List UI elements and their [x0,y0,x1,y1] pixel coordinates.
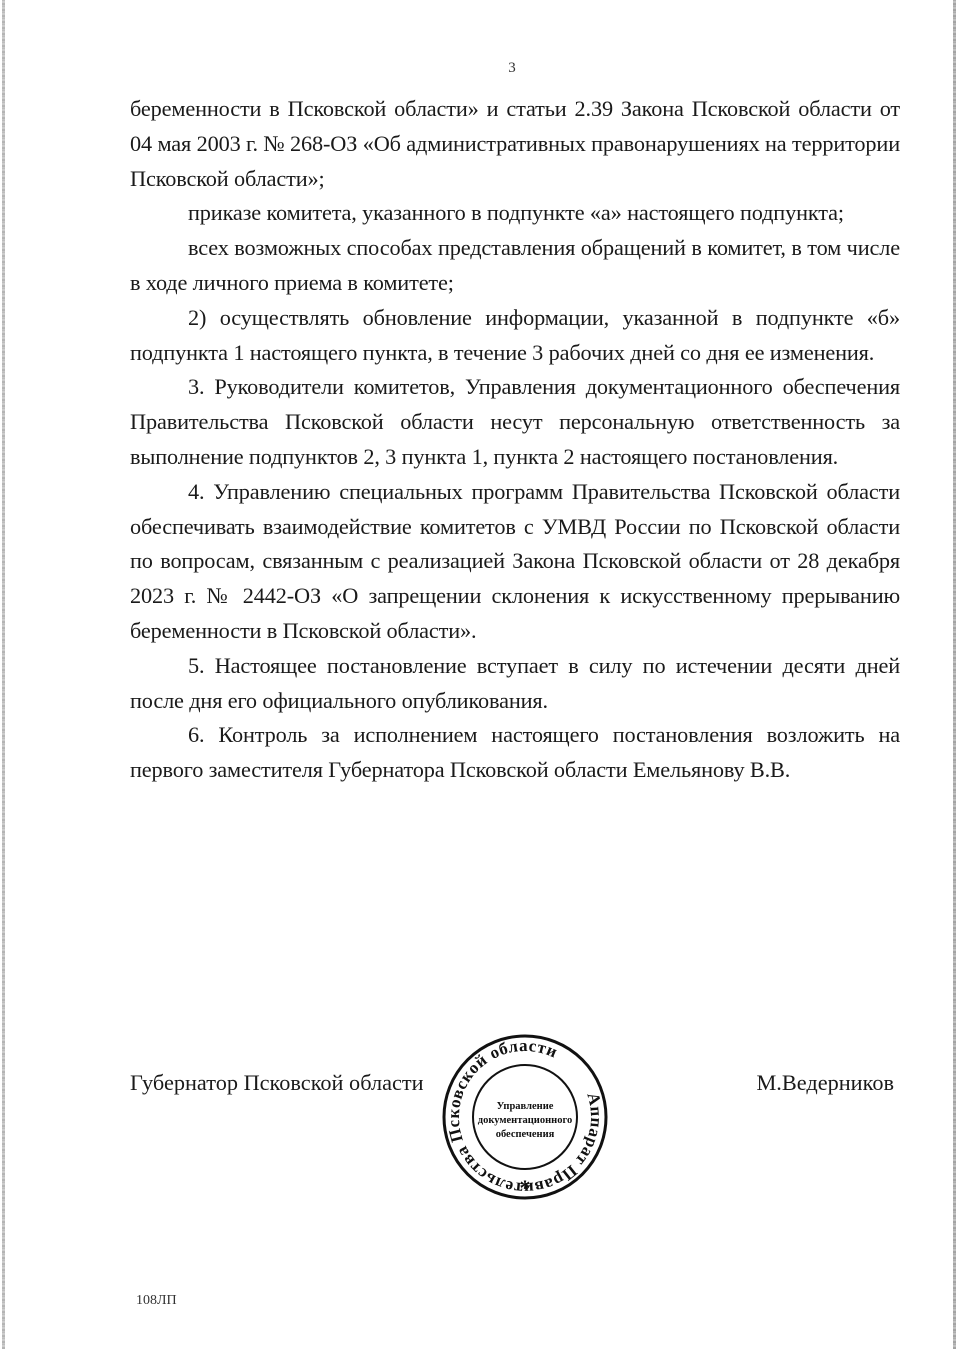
stamp-star-icon: * [520,1175,531,1200]
scan-edge-right [953,0,956,1349]
paragraph-order-item: приказе комитета, указанного в подпункте… [130,196,900,231]
paragraph-continuation: беременности в Псковской области» и стат… [130,92,900,196]
stamp-center-line-1: Управление [497,1101,554,1112]
paragraph-item-3: 3. Руководители комитетов, Управления до… [130,370,900,474]
document-body: беременности в Псковской области» и стат… [130,92,900,788]
official-seal-stamp: Аппарат Правительства Псковской области … [441,1033,609,1201]
paragraph-item-6: 6. Контроль за исполнением настоящего по… [130,718,900,788]
paragraph-item-4: 4. Управлению специальных программ Прави… [130,475,900,649]
stamp-center-line-2: документационного [478,1115,572,1126]
signatory-title: Губернатор Псковской области [130,1070,424,1096]
paragraph-subitem-2: 2) осуществлять обновление информации, у… [130,301,900,371]
signatory-name: М.Ведерников [756,1070,894,1096]
paragraph-item-5: 5. Настоящее постановление вступает в си… [130,649,900,719]
paragraph-appeal-methods: всех возможных способах представления об… [130,231,900,301]
scan-edge-left [2,0,5,1349]
stamp-center-line-3: обеспечения [496,1129,555,1140]
document-code: 108ЛП [136,1293,177,1309]
page-number: 3 [0,60,960,77]
